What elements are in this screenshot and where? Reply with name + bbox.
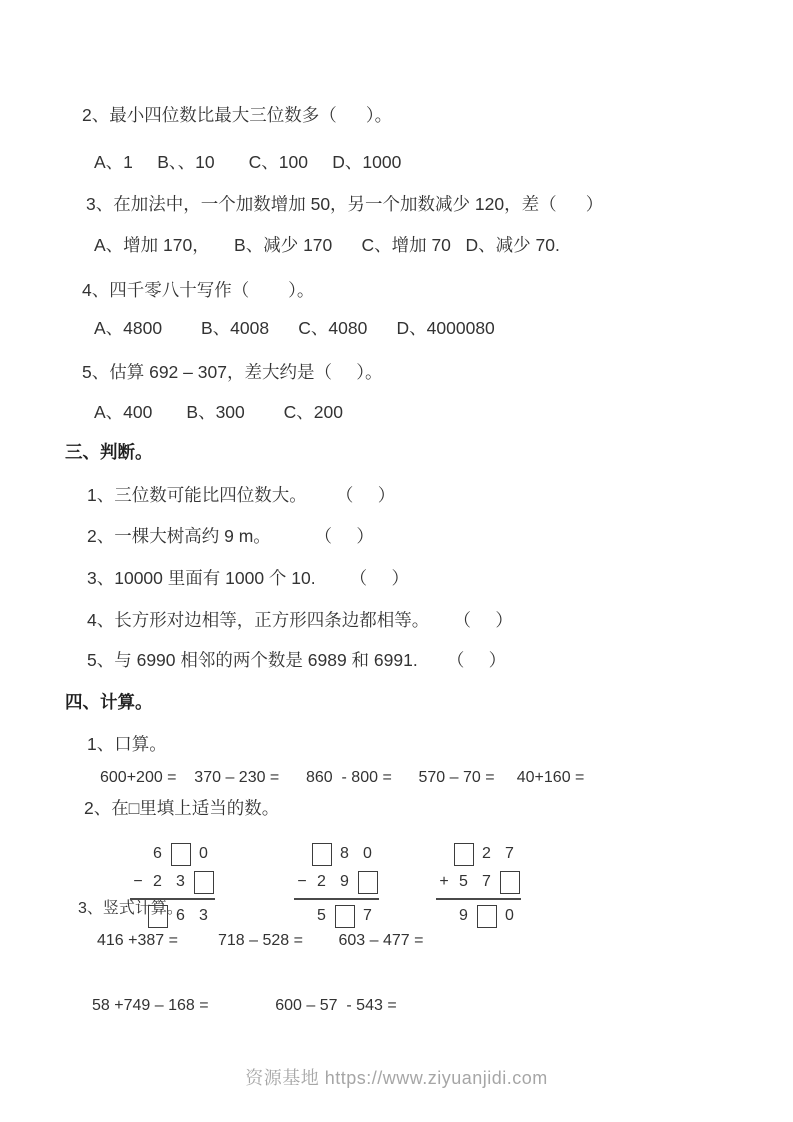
problem-1-row-1: 6 0: [130, 840, 215, 868]
problem-1-result-row: 6 3: [130, 902, 215, 930]
plus-sign: +: [436, 873, 452, 891]
problem-2-row-2: − 2 9: [294, 868, 379, 896]
blank-box: [310, 840, 333, 868]
mc-question-5-options: A、400 B、300 C、200: [94, 401, 343, 424]
mc-question-4-stem: 4、四千零八十写作（ ）。: [82, 279, 314, 302]
problem-2-row-1: 8 0: [294, 840, 379, 868]
mc-question-2-stem: 2、最小四位数比最大三位数多（ ）。: [82, 104, 392, 127]
equals-rule: [294, 898, 379, 900]
equals-rule: [436, 898, 521, 900]
vertical-calculation-problems-line-1: 416 +387 = 718 – 528 = 603 – 477 =: [97, 929, 423, 952]
calculation-section-title: 四、计算。: [65, 691, 153, 714]
blank-box: [169, 840, 192, 868]
judgement-item-1: 1、三位数可能比四位数大。 （ ）: [87, 484, 395, 507]
minus-sign: −: [130, 873, 146, 891]
fill-box-problem-3: 2 7 + 5 7 9 0: [436, 840, 521, 930]
judgement-item-3: 3、10000 里面有 1000 个 10. （ ）: [87, 567, 409, 590]
judgement-item-5: 5、与 6990 相邻的两个数是 6989 和 6991. （ ）: [87, 649, 506, 672]
mc-question-4-options: A、4800 B、4008 C、4080 D、4000080: [94, 317, 495, 340]
mc-question-3-options: A、增加 170， B、减少 170 C、增加 70 D、减少 70.: [94, 234, 560, 257]
judgement-item-4: 4、长方形对边相等，正方形四条边都相等。 （ ）: [87, 609, 513, 632]
fill-box-label: 2、在□里填上适当的数。: [84, 797, 279, 820]
oral-calculation-problems: 600+200 = 370 – 230 = 860 - 800 = 570 – …: [100, 766, 584, 789]
blank-box: [498, 868, 521, 896]
blank-box: [475, 902, 498, 930]
vertical-calculation-problems-line-2: 58 +749 – 168 = 600 – 57 - 543 =: [92, 994, 397, 1017]
judgement-item-2: 2、一棵大树高约 9 m。 （ ）: [87, 525, 374, 548]
problem-2-result-row: 5 7: [294, 902, 379, 930]
equals-rule: [130, 898, 215, 900]
problem-1-row-2: − 2 3: [130, 868, 215, 896]
fill-box-problem-1: 6 0 − 2 3 6 3: [130, 840, 215, 930]
site-footer: 资源基地 https://www.ziyuanjidi.com: [0, 1064, 793, 1090]
minus-sign: −: [294, 873, 310, 891]
blank-box: [146, 902, 169, 930]
mc-question-3-stem: 3、在加法中，一个加数增加 50，另一个加数减少 120，差（ ）: [86, 193, 603, 216]
problem-3-result-row: 9 0: [436, 902, 521, 930]
problem-3-row-1: 2 7: [436, 840, 521, 868]
blank-box: [333, 902, 356, 930]
judgement-section-title: 三、判断。: [65, 441, 153, 464]
blank-box: [356, 868, 379, 896]
mc-question-2-options: A、1 B、、10 C、100 D、1000: [94, 151, 401, 174]
problem-3-row-2: + 5 7: [436, 868, 521, 896]
blank-box: [452, 840, 475, 868]
blank-box: [192, 868, 215, 896]
fill-box-problem-2: 8 0 − 2 9 5 7: [294, 840, 379, 930]
oral-calculation-label: 1、口算。: [87, 733, 167, 756]
worksheet-page: 2、最小四位数比最大三位数多（ ）。 A、1 B、、10 C、100 D、100…: [0, 0, 793, 1122]
mc-question-5-stem: 5、估算 692 – 307，差大约是（ ）。: [82, 361, 383, 384]
